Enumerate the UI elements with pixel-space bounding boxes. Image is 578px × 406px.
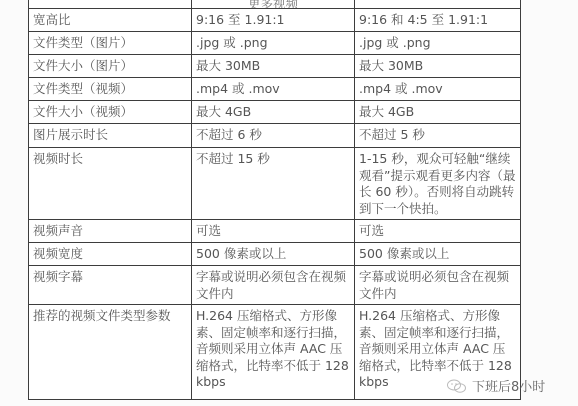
watermark: 下班后8小时 bbox=[446, 376, 545, 395]
table-row: 宽高比9:16 至 1.91:19:16 和 4:5 至 1.91:1 bbox=[29, 9, 521, 32]
table-row: 视频字幕字幕或说明必须包含在视频文件内字幕或说明必须包含在视频文件内 bbox=[29, 266, 521, 305]
table-row: 视频声音可选可选 bbox=[29, 220, 521, 243]
table-row: 视频宽度500 像素或以上500 像素或以上 bbox=[29, 243, 521, 266]
table-row: 文件大小（视频）最大 4GB最大 4GB bbox=[29, 101, 521, 124]
wechat-icon bbox=[446, 378, 468, 394]
value-cell: 不超过 5 秒 bbox=[355, 124, 521, 148]
table-header-row: 更多视频 bbox=[29, 0, 521, 9]
watermark-text: 下班后8小时 bbox=[472, 376, 545, 395]
row-label-cell: 文件大小（图片） bbox=[29, 55, 192, 78]
value-cell: 不超过 15 秒 bbox=[192, 148, 355, 220]
value-cell: 可选 bbox=[355, 220, 521, 243]
header-cell bbox=[355, 0, 521, 9]
value-cell: 500 像素或以上 bbox=[355, 243, 521, 266]
row-label-cell: 视频字幕 bbox=[29, 266, 192, 305]
value-cell: 最大 30MB bbox=[355, 55, 521, 78]
value-cell: 最大 4GB bbox=[192, 101, 355, 124]
row-label-cell: 图片展示时长 bbox=[29, 124, 192, 148]
value-cell: 最大 30MB bbox=[192, 55, 355, 78]
value-cell: .jpg 或 .png bbox=[192, 32, 355, 55]
row-label-cell: 文件类型（视频） bbox=[29, 78, 192, 101]
value-cell: 字幕或说明必须包含在视频文件内 bbox=[192, 266, 355, 305]
row-label-cell: 视频时长 bbox=[29, 148, 192, 220]
table-row: 视频时长不超过 15 秒1-15 秒，观众可轻触“继续观看”提示观看更多内容（最… bbox=[29, 148, 521, 220]
row-label-cell: 宽高比 bbox=[29, 9, 192, 32]
value-cell: H.264 压缩格式、方形像素、固定帧率和逐行扫描，音频则采用立体声 AAC 压… bbox=[192, 305, 355, 400]
row-label-cell: 文件类型（图片） bbox=[29, 32, 192, 55]
value-cell: .jpg 或 .png bbox=[355, 32, 521, 55]
value-cell: 500 像素或以上 bbox=[192, 243, 355, 266]
value-cell: .mp4 或 .mov bbox=[192, 78, 355, 101]
row-label-cell: 视频宽度 bbox=[29, 243, 192, 266]
value-cell: 可选 bbox=[192, 220, 355, 243]
row-label-cell: 视频声音 bbox=[29, 220, 192, 243]
value-cell: 不超过 6 秒 bbox=[192, 124, 355, 148]
value-cell: 最大 4GB bbox=[355, 101, 521, 124]
value-cell: 字幕或说明必须包含在视频文件内 bbox=[355, 266, 521, 305]
table-row: 文件类型（视频）.mp4 或 .mov.mp4 或 .mov bbox=[29, 78, 521, 101]
value-cell: .mp4 或 .mov bbox=[355, 78, 521, 101]
value-cell: 9:16 至 1.91:1 bbox=[192, 9, 355, 32]
header-cell: 更多视频 bbox=[192, 0, 355, 9]
header-cell bbox=[29, 0, 192, 9]
table-row: 图片展示时长不超过 6 秒不超过 5 秒 bbox=[29, 124, 521, 148]
value-cell: 9:16 和 4:5 至 1.91:1 bbox=[355, 9, 521, 32]
table-row: 文件类型（图片）.jpg 或 .png.jpg 或 .png bbox=[29, 32, 521, 55]
ad-spec-table: 更多视频 宽高比9:16 至 1.91:19:16 和 4:5 至 1.91:1… bbox=[28, 0, 521, 400]
table-row: 文件大小（图片）最大 30MB最大 30MB bbox=[29, 55, 521, 78]
row-label-cell: 文件大小（视频） bbox=[29, 101, 192, 124]
value-cell: 1-15 秒，观众可轻触“继续观看”提示观看更多内容（最长 60 秒）。否则将自… bbox=[355, 148, 521, 220]
row-label-cell: 推荐的视频文件类型参数 bbox=[29, 305, 192, 400]
